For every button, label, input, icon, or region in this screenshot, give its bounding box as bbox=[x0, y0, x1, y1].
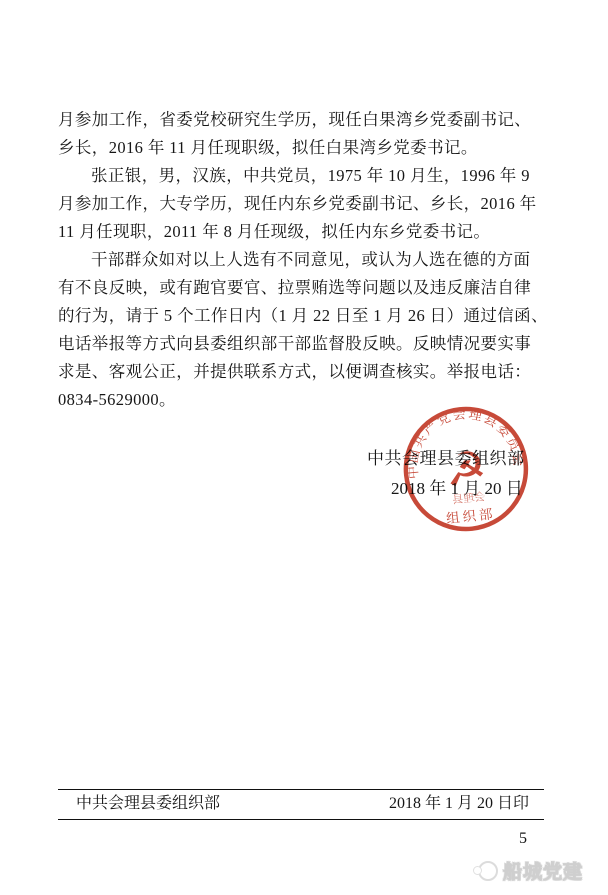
body-line: 电话举报等方式向县委组织部干部监督股反映。反映情况要实事 bbox=[58, 330, 554, 358]
watermark: 船城党建 bbox=[478, 857, 583, 884]
official-seal: 中国共产党会理县委员会 ☭ 会理县 组织部 bbox=[392, 392, 540, 547]
body-line: 干部群众如对以上人选有不同意见，或认为人选在德的方面 bbox=[58, 246, 554, 274]
body-line: 张正银，男，汉族，中共党员，1975 年 10 月生，1996 年 9 bbox=[58, 162, 554, 190]
footer-issuer: 中共会理县委组织部 bbox=[76, 794, 220, 814]
body-line: 的行为，请于 5 个工作日内（1 月 22 日至 1 月 26 日）通过信函、 bbox=[58, 302, 554, 330]
body-line: 求是、客观公正，并提供联系方式，以便调查核实。举报电话： bbox=[58, 358, 554, 386]
hammer-sickle-icon: ☭ bbox=[443, 440, 490, 498]
page-number: 5 bbox=[510, 830, 536, 848]
watermark-text: 船城党建 bbox=[503, 857, 583, 884]
body-line: 月参加工作，省委党校研究生学历，现任白果湾乡党委副书记、 bbox=[58, 106, 554, 134]
seal-graphic: 中国共产党会理县委员会 ☭ 会理县 组织部 bbox=[392, 392, 540, 547]
body-line: 有不良反映，或有跑官要官、拉票贿选等问题以及违反廉洁自律 bbox=[58, 274, 554, 302]
body-line: 月参加工作，大专学历，现任内东乡党委副书记、乡长，2016 年 bbox=[58, 190, 554, 218]
watermark-logo-icon bbox=[478, 861, 498, 881]
footer-print-date: 2018 年 1 月 20 日印 bbox=[389, 794, 529, 814]
footer-row: 中共会理县委组织部 2018 年 1 月 20 日印 bbox=[58, 790, 544, 819]
body-line: 11 月任现职，2011 年 8 月任现级，拟任内东乡党委书记。 bbox=[58, 218, 554, 246]
document-page: 月参加工作，省委党校研究生学历，现任白果湾乡党委副书记、 乡长，2016 年 1… bbox=[0, 0, 608, 895]
body-line: 乡长，2016 年 11 月任现职级，拟任白果湾乡党委书记。 bbox=[58, 134, 554, 162]
document-body: 月参加工作，省委党校研究生学历，现任白果湾乡党委副书记、 乡长，2016 年 1… bbox=[58, 106, 554, 414]
footer: 中共会理县委组织部 2018 年 1 月 20 日印 bbox=[58, 789, 544, 820]
